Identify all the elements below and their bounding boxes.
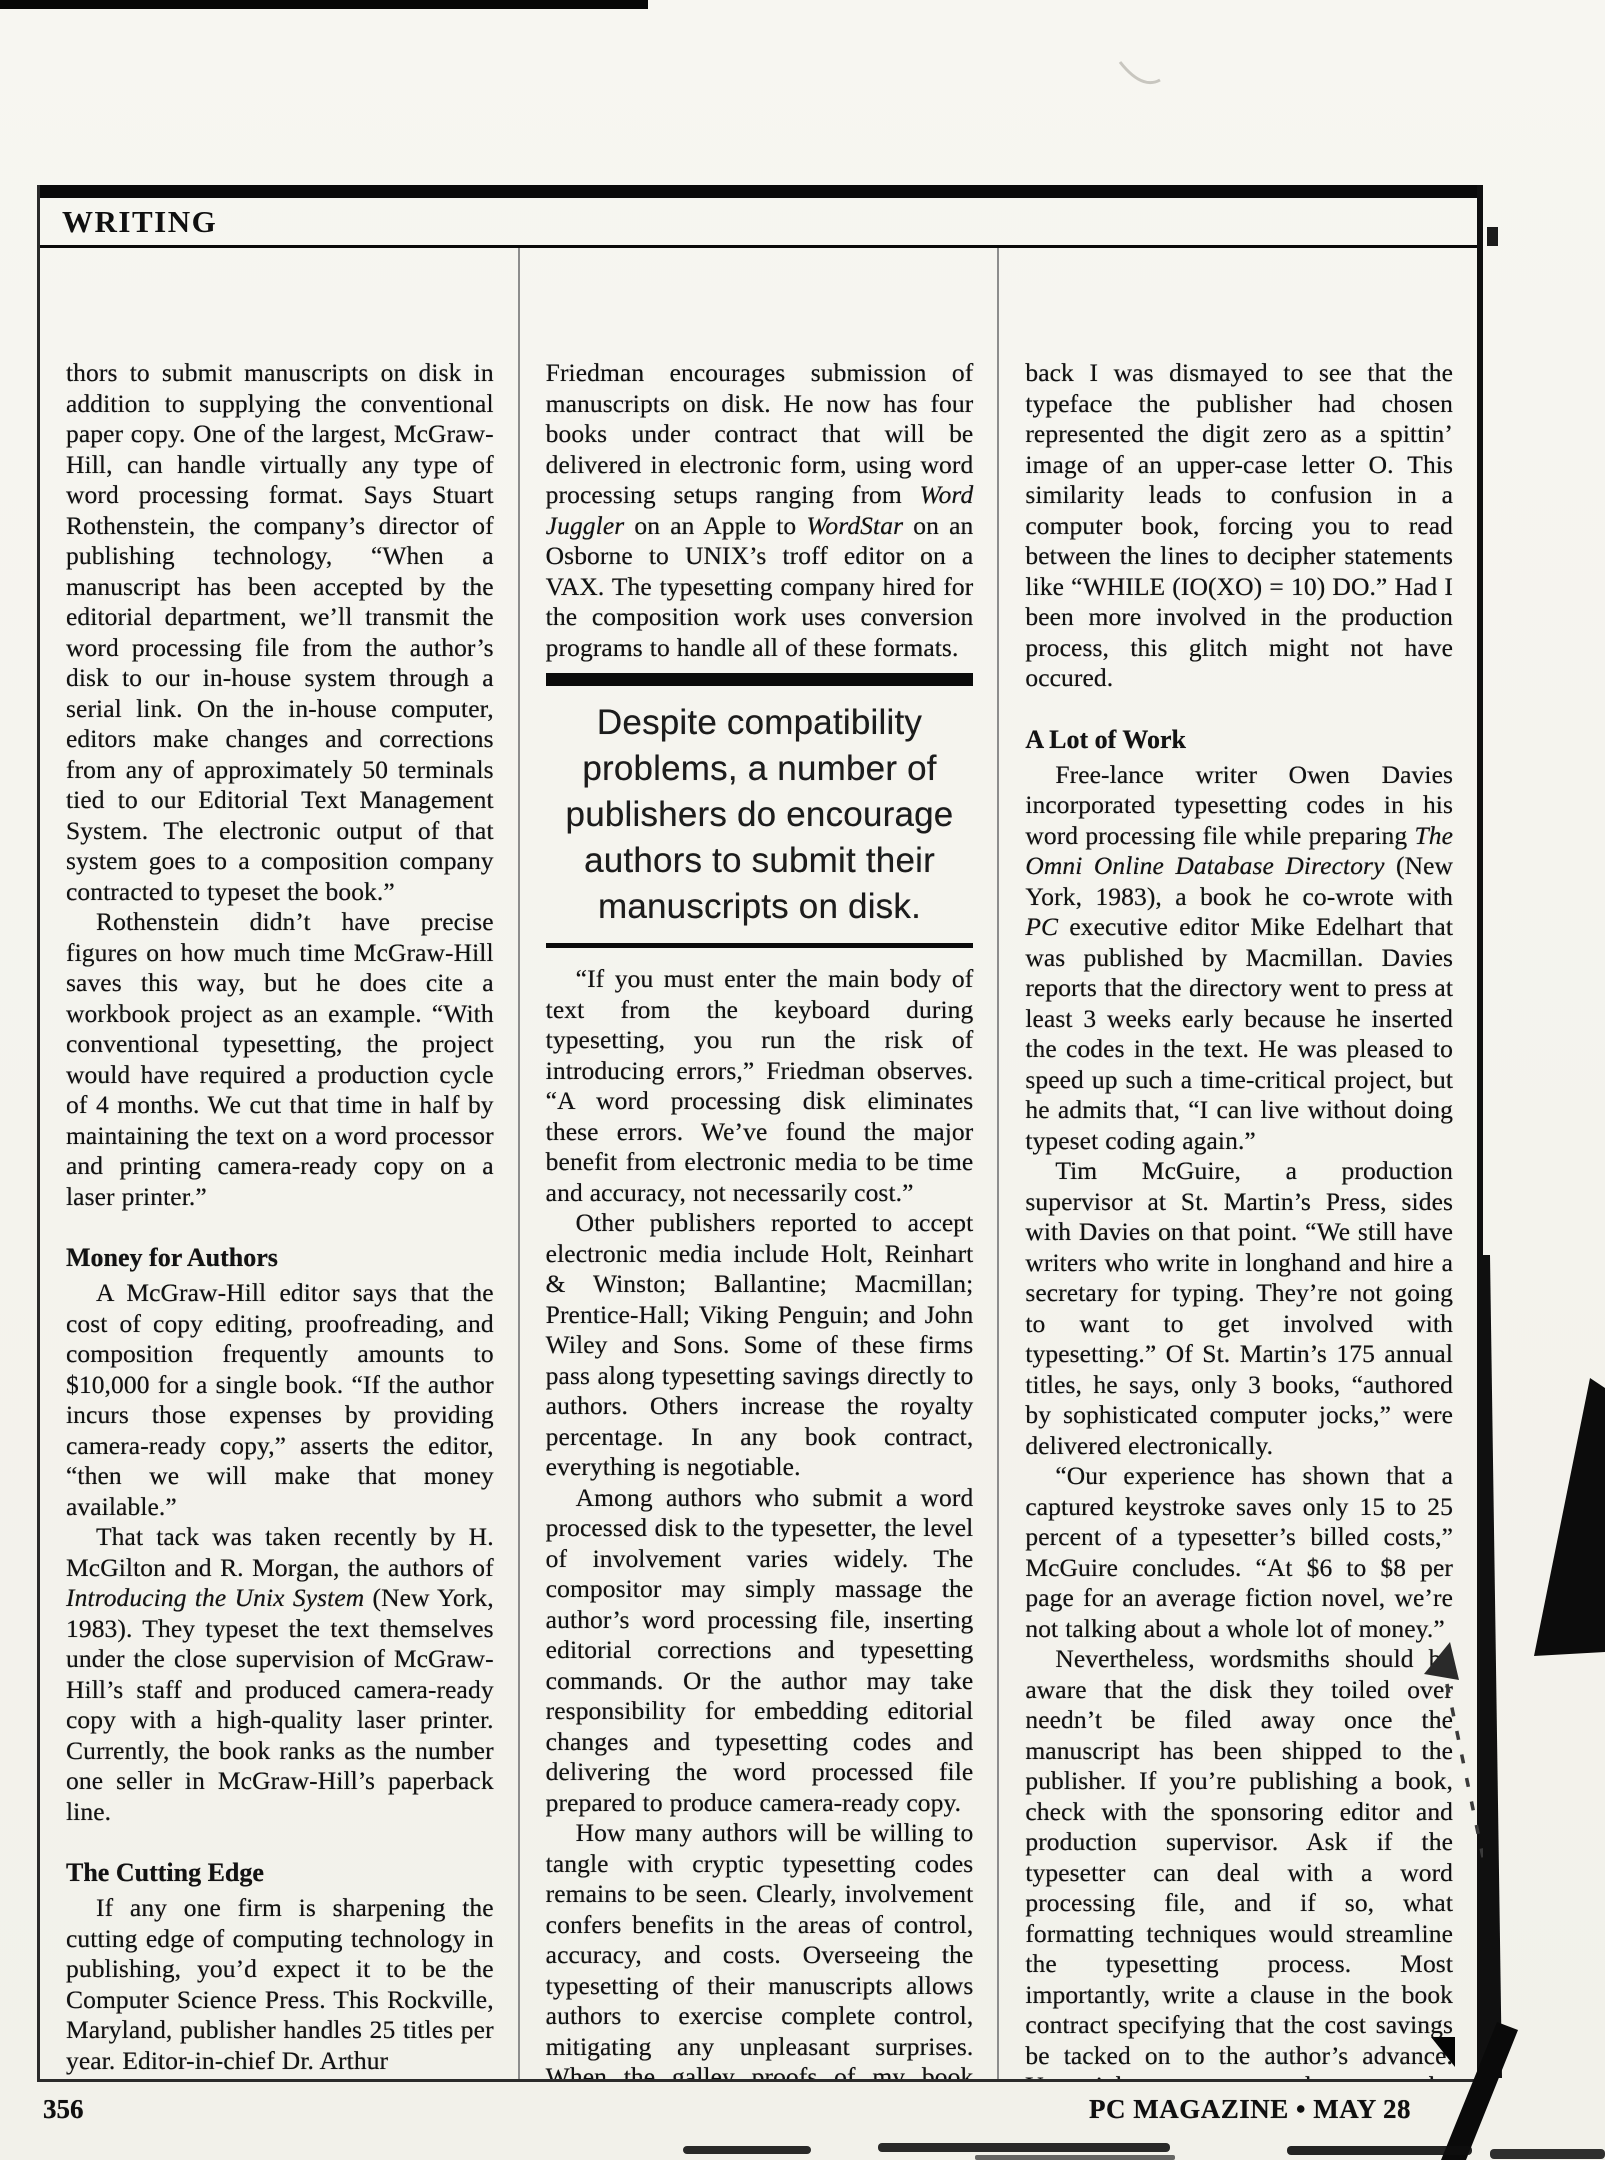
paragraph: back I was dismayed to see that the type… — [1025, 358, 1453, 694]
column-2: Friedman encourages submission of manusc… — [518, 248, 998, 2079]
column-1: thors to submit manuscripts on disk in a… — [40, 248, 518, 2079]
end-of-article-marker — [1431, 2037, 1455, 2067]
article-frame: WRITING thors to submit manuscripts on d… — [37, 185, 1483, 2082]
registration-tick — [1487, 227, 1498, 246]
page-number: 356 — [37, 2094, 84, 2125]
kicker-bar — [40, 185, 1477, 198]
scan-smudge — [683, 2146, 811, 2154]
paragraph: Other publishers reported to accept elec… — [546, 1208, 974, 1483]
columns-container: thors to submit manuscripts on disk in a… — [40, 248, 1477, 2079]
scratch-mark — [1120, 62, 1160, 83]
paragraph: Rothenstein didn’t have precise figures … — [66, 907, 494, 1212]
paragraph: Nevertheless, wordsmiths should be aware… — [1025, 1644, 1453, 2079]
magazine-page: { "header": { "kicker": "WRITING" }, "fo… — [0, 0, 1605, 2160]
section-kicker: WRITING — [62, 204, 217, 240]
scan-smudge — [975, 2155, 1175, 2160]
paragraph: Tim McGuire, a production supervisor at … — [1025, 1156, 1453, 1461]
pen-nib-graphic — [1534, 1378, 1605, 1656]
scan-smudge — [878, 2143, 1170, 2152]
magazine-dateline: PC MAGAZINE • MAY 28 — [1089, 2094, 1483, 2125]
paragraph: Friedman encourages submission of manusc… — [546, 358, 974, 663]
paragraph: “If you must enter the main body of text… — [546, 964, 974, 1208]
section-heading: The Cutting Edge — [66, 1857, 494, 1888]
pull-quote: Despite compatibility problems, a number… — [546, 673, 974, 948]
column-3: back I was dismayed to see that the type… — [997, 248, 1477, 2079]
scan-smudge — [1490, 2149, 1605, 2159]
paragraph: Among authors who submit a word processe… — [546, 1483, 974, 1819]
section-heading: A Lot of Work — [1025, 724, 1453, 755]
paragraph: How many authors will be willing to tang… — [546, 1818, 974, 2079]
scan-smudge — [1287, 2146, 1472, 2155]
section-heading: Money for Authors — [66, 1242, 494, 1273]
page-footer: 356 PC MAGAZINE • MAY 28 — [37, 2094, 1483, 2125]
kicker-row: WRITING — [40, 198, 1477, 248]
paragraph: thors to submit manuscripts on disk in a… — [66, 358, 494, 907]
page-curl-wedge — [1483, 1255, 1502, 2078]
paragraph: Free-lance writer Owen Davies incorporat… — [1025, 760, 1453, 1157]
paragraph: A McGraw-Hill editor says that the cost … — [66, 1278, 494, 1522]
paragraph: “Our experience has shown that a capture… — [1025, 1461, 1453, 1644]
paragraph: That tack was taken recently by H. McGil… — [66, 1522, 494, 1827]
paragraph: If any one firm is sharpening the cuttin… — [66, 1893, 494, 2076]
pull-quote-text: Despite compatibility problems, a number… — [550, 700, 970, 930]
scan-edge-strip — [0, 0, 648, 9]
